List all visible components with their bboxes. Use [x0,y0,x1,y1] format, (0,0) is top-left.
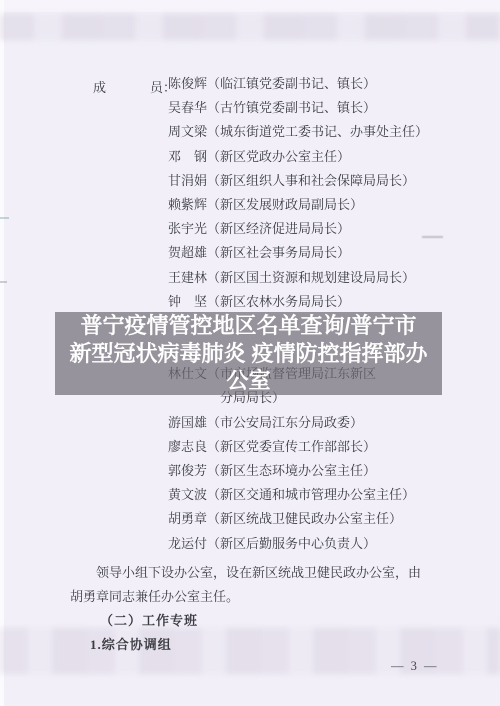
member-row: 陈俊辉（临江镇党委副书记、镇长） [168,72,428,96]
scan-noise-band-top [0,14,500,40]
member-row: 周文梁（城东街道党工委书记、办事处主任） [168,120,428,144]
office-paragraph-line-1: 领导小组下设办公室，设在新区统战卫健民政办公室，由 [96,562,421,581]
member-row: 钟 坚（新区农林水务局局长） [168,290,428,314]
member-row: 胡勇章（新区统战卫健民政办公室主任） [168,507,428,531]
member-row: 龙运付（新区后勤服务中心负责人） [168,532,428,556]
section-heading-work-team: （二）工作专班 [100,610,198,629]
member-row: 邓 钢（新区党政办公室主任） [168,145,428,169]
member-row: 贺超雄（新区社会事务局局长） [168,241,428,265]
member-row: 王建林（新区国土资源和规划建设局局长） [168,266,428,290]
member-row: 吴春华（古竹镇党委副书记、镇长） [168,96,428,120]
member-row: 张宇光（新区经济促进局局长） [168,217,428,241]
scan-streak-artifact [0,217,9,219]
page-number: — 3 — [391,659,439,674]
watermark-title-overlay: 普宁疫情管控地区名单查询/普宁市 新型冠状病毒肺炎 疫情防控指挥部办 公室 [55,312,442,395]
member-row: 郭俊芳（新区生态环境办公室主任） [168,459,428,483]
member-label-first-char: 成 [93,77,106,96]
member-row: 黄文波（新区交通和城市管理办公室主任） [168,483,428,507]
scan-edge-top [0,0,500,12]
office-paragraph-line-2: 胡勇章同志兼任办公室主任。 [70,586,239,605]
member-row: 廖志良（新区党委宣传工作部部长） [168,435,428,459]
watermark-title-line-2: 新型冠状病毒肺炎 疫情防控指挥部办 [69,340,427,368]
scanned-document-page: 成 员： 陈俊辉（临江镇党委副书记、镇长）吴春华（古竹镇党委副书记、镇长）周文梁… [0,0,500,706]
group-heading-coordination: 1.综合协调组 [90,634,172,653]
member-row: 甘涓娟（新区组织人事和社会保障局局长） [168,169,428,193]
scan-streak-artifact [0,281,7,283]
member-row: 游国雄（市公安局江东分局政委） [168,411,428,435]
member-row: 赖紫辉（新区发展财政局副局长） [168,193,428,217]
watermark-title-line-3: 公室 [226,367,270,395]
watermark-title-line-1: 普宁疫情管控地区名单查询/普宁市 [80,312,416,340]
scan-edge-left [0,0,4,706]
